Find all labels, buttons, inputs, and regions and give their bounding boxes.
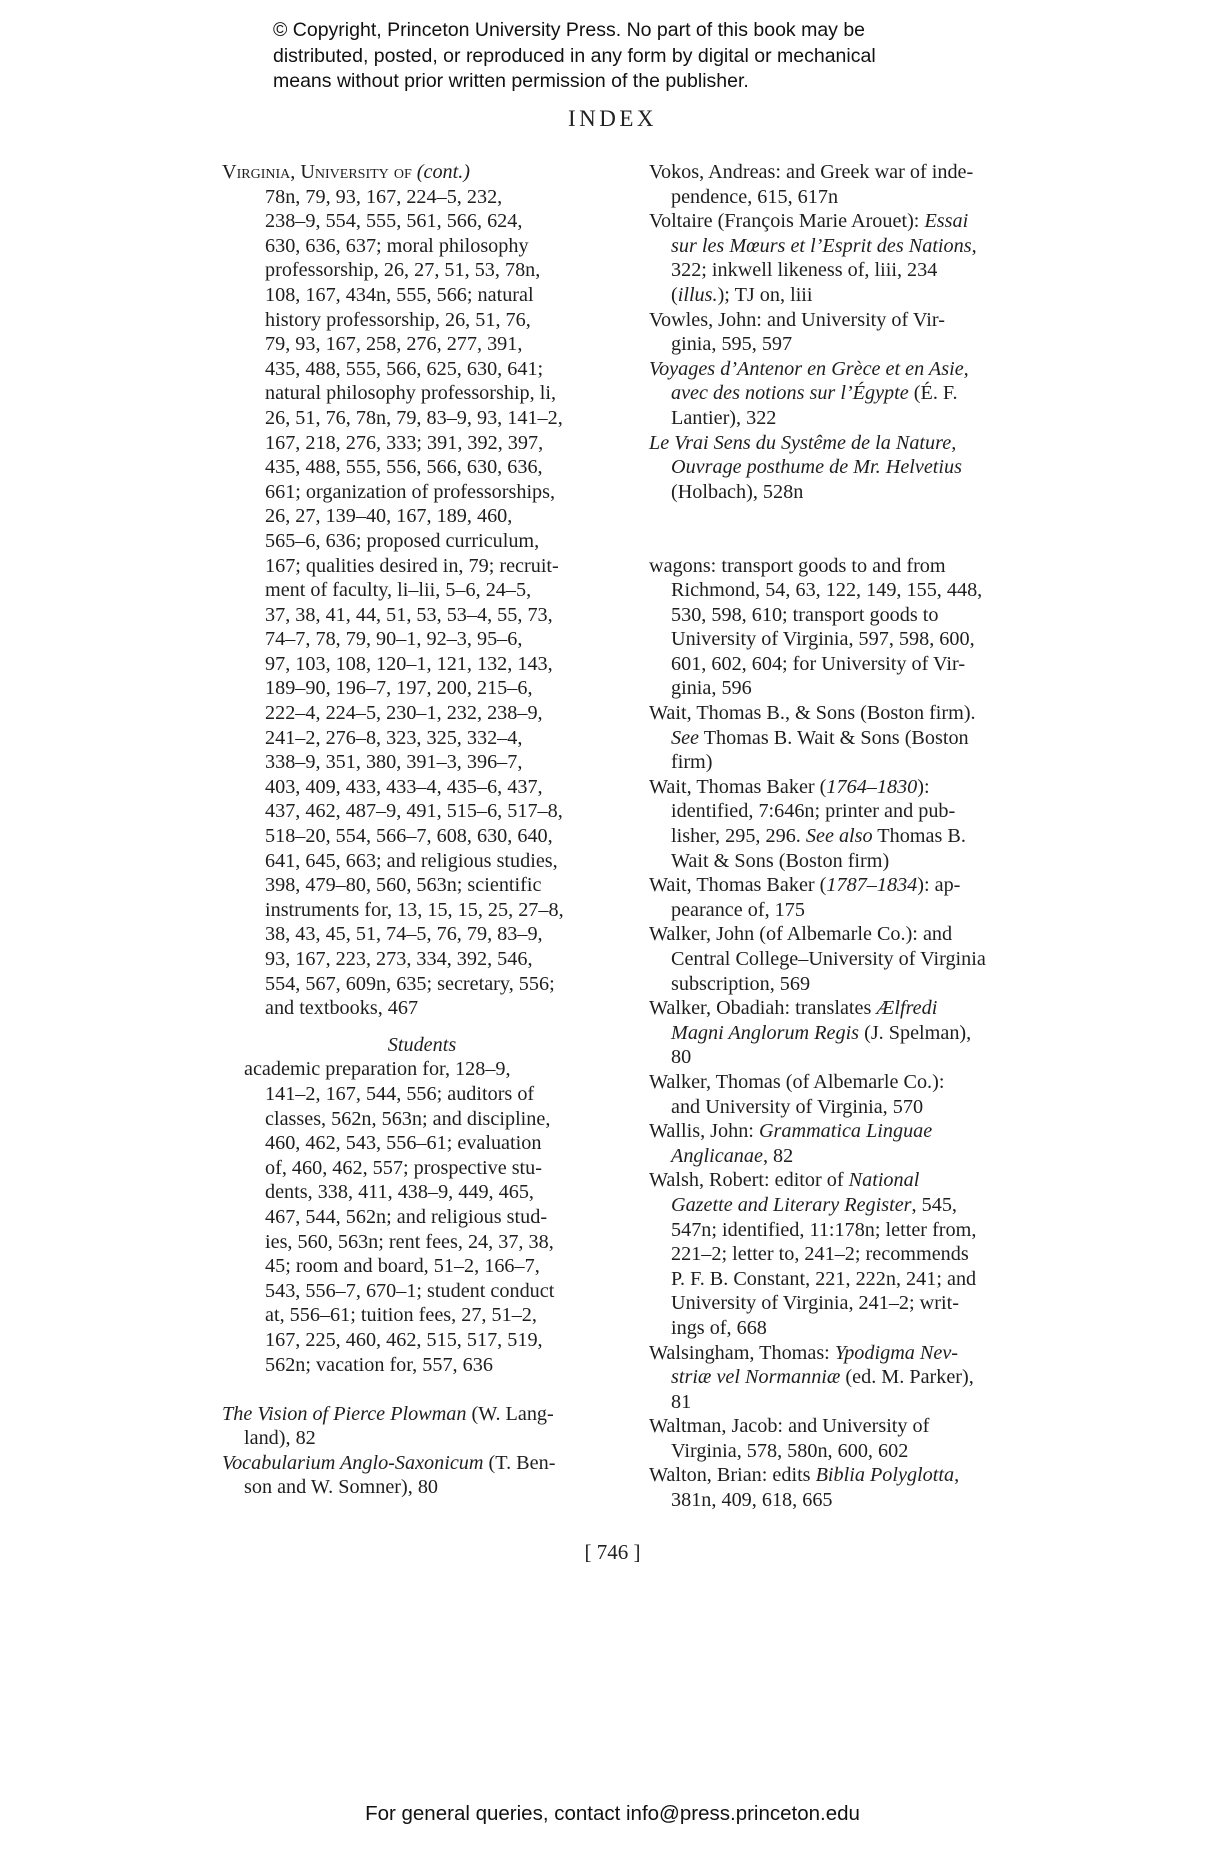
index-line: ies, 560, 563n; rent fees, 24, 37, 38,: [222, 1230, 622, 1255]
entry-vokos: Vokos, Andreas: and Greek war of inde-: [649, 160, 1059, 185]
entry-wait-1787: Wait, Thomas Baker (1787–1834): ap-: [649, 873, 1059, 898]
index-line: 398, 479–80, 560, 563n; scientific: [222, 873, 622, 898]
entry-continuation: P. F. B. Constant, 221, 222n, 241; and: [649, 1267, 1059, 1292]
entry-continuation: identified, 7:646n; printer and pub-: [649, 799, 1059, 824]
heading-name: Virginia, University of: [222, 161, 412, 183]
index-line: 241–2, 276–8, 323, 325, 332–4,: [222, 726, 622, 751]
index-line: 238–9, 554, 555, 561, 566, 624,: [222, 209, 622, 234]
index-line: 93, 167, 223, 273, 334, 392, 546,: [222, 947, 622, 972]
entry-continuation: Magni Anglorum Regis (J. Spelman),: [649, 1021, 1059, 1046]
entry-continuation: 547n; identified, 11:178n; letter from,: [649, 1218, 1059, 1243]
entry-walton: Walton, Brian: edits Biblia Polyglotta,: [649, 1463, 1059, 1488]
index-line: ment of faculty, li–lii, 5–6, 24–5,: [222, 578, 622, 603]
entry-continuation: land), 82: [222, 1426, 622, 1451]
virginia-entry-body: 78n, 79, 93, 167, 224–5, 232,238–9, 554,…: [222, 185, 622, 1021]
index-line: 641, 645, 663; and religious studies,: [222, 849, 622, 874]
index-line: 79, 93, 167, 258, 276, 277, 391,: [222, 332, 622, 357]
footer-contact: For general queries, contact info@press.…: [0, 1802, 1225, 1826]
index-line: 78n, 79, 93, 167, 224–5, 232,: [222, 185, 622, 210]
entry-walsingham: Walsingham, Thomas: Ypodigma Nev-: [649, 1341, 1059, 1366]
entry-continuation: ginia, 595, 597: [649, 332, 1059, 357]
index-line: 543, 556–7, 670–1; student conduct: [222, 1279, 622, 1304]
entry-continuation: 381n, 409, 618, 665: [649, 1488, 1059, 1513]
copyright-notice: © Copyright, Princeton University Press.…: [273, 18, 993, 95]
index-line: 141–2, 167, 544, 556; auditors of: [222, 1082, 622, 1107]
index-line: 26, 27, 139–40, 167, 189, 460,: [222, 504, 622, 529]
entry-continuation: striæ vel Normanniæ (ed. M. Parker),: [649, 1365, 1059, 1390]
entry-continuation: Anglicanae, 82: [649, 1144, 1059, 1169]
index-line: 562n; vacation for, 557, 636: [222, 1353, 622, 1378]
entry-continuation: 80: [649, 1045, 1059, 1070]
entry-wait-1764: Wait, Thomas Baker (1764–1830):: [649, 775, 1059, 800]
entry-continuation: 322; inkwell likeness of, liii, 234: [649, 258, 1059, 283]
copyright-line: distributed, posted, or reproduced in an…: [273, 44, 993, 70]
index-line: 167, 225, 460, 462, 515, 517, 519,: [222, 1328, 622, 1353]
entry-continuation: pearance of, 175: [649, 898, 1059, 923]
index-line: 460, 462, 543, 556–61; evaluation: [222, 1131, 622, 1156]
entry-continuation: (illus.); TJ on, liii: [649, 283, 1059, 308]
index-line: 189–90, 196–7, 197, 200, 215–6,: [222, 676, 622, 701]
index-line: 518–20, 554, 566–7, 608, 630, 640,: [222, 824, 622, 849]
students-first-line: academic preparation for, 128–9,: [222, 1057, 622, 1082]
entry-continuation: sur les Mœurs et l’Esprit des Nations,: [649, 234, 1059, 259]
index-line: 554, 567, 609n, 635; secretary, 556;: [222, 972, 622, 997]
index-line: at, 556–61; tuition fees, 27, 51–2,: [222, 1303, 622, 1328]
students-entry-body: 141–2, 167, 544, 556; auditors ofclasses…: [222, 1082, 622, 1377]
page-number: [ 746 ]: [0, 1540, 1225, 1565]
entry-continuation: ings of, 668: [649, 1316, 1059, 1341]
entry-vision-of-pierce-plowman: The Vision of Pierce Plowman (W. Lang-: [222, 1402, 622, 1427]
entry-walker-thomas: Walker, Thomas (of Albemarle Co.):: [649, 1070, 1059, 1095]
index-line: University of Virginia, 597, 598, 600,: [649, 627, 1059, 652]
running-head: INDEX: [0, 106, 1225, 132]
index-line: 565–6, 636; proposed curriculum,: [222, 529, 622, 554]
entry-walker-john: Walker, John (of Albemarle Co.): and: [649, 922, 1059, 947]
entry-continuation: lisher, 295, 296. See also Thomas B.: [649, 824, 1059, 849]
index-line: 530, 598, 610; transport goods to: [649, 603, 1059, 628]
index-line: ginia, 596: [649, 676, 1059, 701]
index-line: classes, 562n, 563n; and discipline,: [222, 1107, 622, 1132]
index-line: 108, 167, 434n, 555, 566; natural: [222, 283, 622, 308]
index-line: instruments for, 13, 15, 15, 25, 27–8,: [222, 898, 622, 923]
index-line: 222–4, 224–5, 230–1, 232, 238–9,: [222, 701, 622, 726]
entry-waltman: Waltman, Jacob: and University of: [649, 1414, 1059, 1439]
index-line: 435, 488, 555, 556, 566, 630, 636,: [222, 455, 622, 480]
index-line: 45; room and board, 51–2, 166–7,: [222, 1254, 622, 1279]
entry-vocabularium: Vocabularium Anglo-Saxonicum (T. Ben-: [222, 1451, 622, 1476]
entry-vowles: Vowles, John: and University of Vir-: [649, 308, 1059, 333]
index-line: 37, 38, 41, 44, 51, 53, 53–4, 55, 73,: [222, 603, 622, 628]
entry-voyages: Voyages d’Antenor en Grèce et en Asie,: [649, 357, 1059, 382]
entry-continuation: University of Virginia, 241–2; writ-: [649, 1291, 1059, 1316]
entry-continuation: pendence, 615, 617n: [649, 185, 1059, 210]
entry-continuation: Lantier), 322: [649, 406, 1059, 431]
entry-vrai-sens: Le Vrai Sens du Systême de la Nature,: [649, 431, 1059, 456]
entry-wagons: wagons: transport goods to and fromRichm…: [649, 554, 1059, 702]
index-line: 338–9, 351, 380, 391–3, 396–7,: [222, 750, 622, 775]
index-line: 26, 51, 76, 78n, 79, 83–9, 93, 141–2,: [222, 406, 622, 431]
index-line: and textbooks, 467: [222, 996, 622, 1021]
entry-continuation: Wait & Sons (Boston firm): [649, 849, 1059, 874]
index-line: dents, 338, 411, 438–9, 449, 465,: [222, 1180, 622, 1205]
index-line: 167, 218, 276, 333; 391, 392, 397,: [222, 431, 622, 456]
entry-continuation: Gazette and Literary Register, 545,: [649, 1193, 1059, 1218]
entry-walsh: Walsh, Robert: editor of National: [649, 1168, 1059, 1193]
index-line: history professorship, 26, 51, 76,: [222, 308, 622, 333]
entry-continuation: avec des notions sur l’Égypte (É. F.: [649, 381, 1059, 406]
entry-continuation: Virginia, 578, 580n, 600, 602: [649, 1439, 1059, 1464]
index-line: of, 460, 462, 557; prospective stu-: [222, 1156, 622, 1181]
index-line: 38, 43, 45, 51, 74–5, 76, 79, 83–9,: [222, 922, 622, 947]
index-line: 167; qualities desired in, 79; recruit-: [222, 554, 622, 579]
copyright-line: means without prior written permission o…: [273, 69, 993, 95]
entry-continuation: son and W. Somner), 80: [222, 1475, 622, 1500]
entry-continuation: (Holbach), 528n: [649, 480, 1059, 505]
index-line: professorship, 26, 27, 51, 53, 78n,: [222, 258, 622, 283]
index-line: 74–7, 78, 79, 90–1, 92–3, 95–6,: [222, 627, 622, 652]
index-line: wagons: transport goods to and from: [649, 554, 1059, 579]
index-line: 437, 462, 487–9, 491, 515–6, 517–8,: [222, 799, 622, 824]
index-line: 601, 602, 604; for University of Vir-: [649, 652, 1059, 677]
entry-wait-sons: Wait, Thomas B., & Sons (Boston firm).: [649, 701, 1059, 726]
index-line: 630, 636, 637; moral philosophy: [222, 234, 622, 259]
index-line: 435, 488, 555, 566, 625, 630, 641;: [222, 357, 622, 382]
entry-continuation: firm): [649, 750, 1059, 775]
index-line: 467, 544, 562n; and religious stud-: [222, 1205, 622, 1230]
entry-heading-virginia: Virginia, University of (cont.): [222, 160, 622, 185]
entry-continuation: subscription, 569: [649, 972, 1059, 997]
copyright-line: © Copyright, Princeton University Press.…: [273, 18, 993, 44]
entry-wallis: Wallis, John: Grammatica Linguae: [649, 1119, 1059, 1144]
index-column-left: Virginia, University of (cont.) 78n, 79,…: [222, 160, 622, 1500]
index-line: 403, 409, 433, 433–4, 435–6, 437,: [222, 775, 622, 800]
entry-voltaire: Voltaire (François Marie Arouet): Essai: [649, 209, 1059, 234]
entry-continuation: Ouvrage posthume de Mr. Helvetius: [649, 455, 1059, 480]
entry-continuation: 81: [649, 1390, 1059, 1415]
index-line: Richmond, 54, 63, 122, 149, 155, 448,: [649, 578, 1059, 603]
entry-continuation: Central College–University of Virginia: [649, 947, 1059, 972]
entry-continuation: and University of Virginia, 570: [649, 1095, 1059, 1120]
index-column-right: Vokos, Andreas: and Greek war of inde- p…: [649, 160, 1059, 1513]
entry-continuation: 221–2; letter to, 241–2; recommends: [649, 1242, 1059, 1267]
heading-cont: (cont.): [417, 161, 470, 183]
subheading-students: Students: [222, 1033, 622, 1058]
entry-walker-obadiah: Walker, Obadiah: translates Ælfredi: [649, 996, 1059, 1021]
entry-continuation: See Thomas B. Wait & Sons (Boston: [649, 726, 1059, 751]
index-line: 661; organization of professorships,: [222, 480, 622, 505]
index-line: 97, 103, 108, 120–1, 121, 132, 143,: [222, 652, 622, 677]
index-line: natural philosophy professorship, li,: [222, 381, 622, 406]
